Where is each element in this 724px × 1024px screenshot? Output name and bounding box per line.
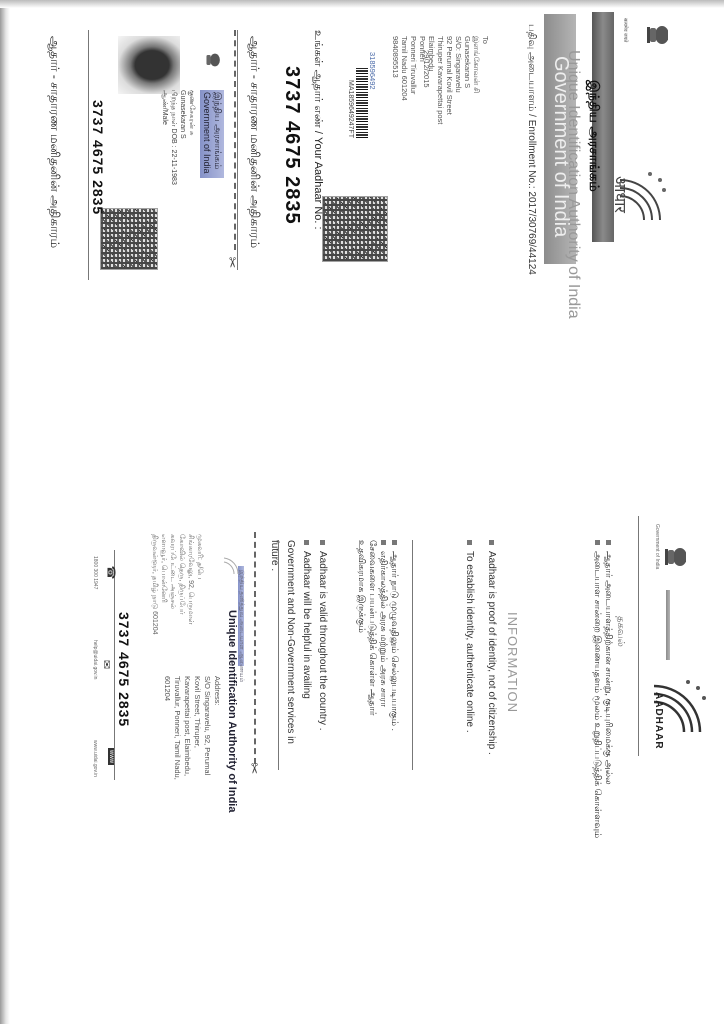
address-line: Thiruper Kavarapettai post: [436, 36, 445, 124]
aadhaar-logo-text: AADHAAR: [653, 692, 664, 750]
bullet-icon: [304, 540, 309, 545]
info-point: ஆதார் நாடு முழுவதிலும் செல்லுபடியாகும் .: [390, 551, 400, 731]
bullet-icon: [392, 540, 397, 545]
photo: [118, 36, 180, 94]
info-point: Aadhaar is valid throughout the country …: [317, 551, 328, 731]
tamil-info-points-2: ஆதார் நாடு முழுவதிலும் செல்லுபடியாகும் .…: [356, 540, 400, 750]
info-bottom-line: [278, 540, 279, 770]
back-card-header: Unique Identification Authority of India: [226, 610, 238, 812]
bullet-icon: [489, 540, 494, 545]
bullet-icon: [606, 540, 611, 545]
card-aadhaar-number: 3737 4675 2835: [90, 100, 106, 215]
info-point: To establish identity, authenticate onli…: [464, 551, 475, 733]
info-point: அடையாள சான்றை இணையதளம் மூலம் உறுதிப்படுத…: [593, 551, 603, 838]
enrollment-label: பதிவு அடையாளம் / Enrollment No.:: [526, 24, 537, 189]
barcode-text: MA1859649247FT: [347, 80, 354, 138]
govt-of-india-title: Government of India: [549, 56, 572, 237]
scissor-icon-2: ✂: [245, 763, 262, 775]
card-emblem-icon: [200, 48, 220, 72]
info-divider-line: [412, 540, 413, 770]
info-band: [666, 590, 670, 660]
card-name: Gunasekaran S: [178, 90, 187, 185]
english-info-points: Aadhaar is proof of identity, not of cit…: [458, 540, 502, 755]
address-to: To: [481, 36, 490, 124]
address-line: Ponneri Tiruvallur: [409, 36, 418, 124]
address-block: To இளங்கோவன் சி Gunasekaran S S/O: Singa…: [391, 36, 490, 124]
address-line: Tamil Nadu 601204: [400, 36, 409, 124]
back-address-english: Address: S/O Singaravelu, 92, Perumal Ko…: [162, 676, 222, 780]
address-line: Kovil Street, Thiruper,: [192, 676, 202, 780]
address-line: S/O: Singaravelu: [454, 36, 463, 124]
card-name-tamil: குணசேகரன் சு: [187, 90, 196, 185]
scissor-icon: ✂: [223, 257, 240, 269]
tamil-info-points: ஆதார் அடையாளத்திற்கான சான்று, குடியுரிமை…: [592, 540, 614, 838]
aadhaar-no-label: உங்கள் ஆதார் எண் / Your Aadhaar No. :: [310, 30, 324, 230]
address-line: 92 Perumal Kovil Street: [445, 36, 454, 124]
address-line: Tiruvallur, Ponneri, Tamil Nadu,: [172, 676, 182, 780]
card-bottom-line: [88, 30, 89, 280]
phone-icon: ☎: [104, 566, 117, 580]
address-line: Gunasekaran S: [463, 36, 472, 124]
info-point: ஆதார் அடையாளத்திற்கான சான்று, குடியுரிமை…: [604, 551, 614, 785]
email-address: help@uidai.gov.in: [92, 640, 98, 679]
enrollment-line: பதிவு அடையாளம் / Enrollment No.: 2017/30…: [525, 24, 537, 275]
address-line: 9840895513: [391, 36, 400, 124]
back-card-header-tamil: இந்திய தனித்துவ அடையாள ஆணையம்: [237, 570, 244, 682]
card-cut-line: [237, 30, 238, 270]
scan-shadow-top: [0, 0, 724, 8]
bullet-icon: [595, 540, 600, 545]
letter-date: 29/12/2015: [422, 50, 431, 88]
cut-dashed-line: [234, 30, 236, 250]
tagline-letter: ஆதார் - சாதாரண மனிதனின் அதிகாரம்: [246, 36, 262, 248]
phone-number: 1800 300 1947: [92, 556, 98, 589]
info-heading-tamil: தகவல்: [614, 616, 626, 647]
address-line: 601204: [162, 676, 172, 780]
card-dob: பிறந்த நாள் DOB : 22-11-1983: [169, 90, 178, 185]
back-aadhaar-number: 3737 4675 2835: [116, 612, 132, 727]
card-details: குணசேகரன் சு Gunasekaran S பிறந்த நாள் D…: [160, 90, 196, 185]
info-govt-caption: Government of India: [654, 524, 660, 569]
english-info-points-2: Aadhaar is valid throughout the country …: [266, 540, 330, 750]
info-point: Aadhaar will be helpful in availing Gove…: [269, 540, 312, 744]
aadhaar-mini-logo-icon: [222, 556, 240, 578]
info-point: Aadhaar is proof of identity, not of cit…: [486, 551, 497, 755]
address-line: Kavarapettai post, Elaimbedu,: [182, 676, 192, 780]
card-govt-of-india: Government of India: [202, 92, 212, 174]
info-point: எதிர்காலத்தில் அரசு மற்றும் அரசு சாரா சே…: [357, 540, 389, 716]
card-tagline: ஆதார் - சாதாரண மனிதனின் அதிகாரம்: [46, 36, 62, 248]
card-tamil-govt: இந்திய அரசாங்கம்: [211, 92, 223, 169]
enrollment-number: 2017/30769/44124: [526, 191, 537, 274]
address-tamil-line: சிங்காரவேலு, 92, பெருமாள்: [186, 534, 195, 635]
address-tamil-line: கவரப்பேட்டை அஞ்சல்: [168, 534, 177, 635]
website: www.uidai.gov.in: [92, 740, 98, 777]
bullet-icon: [320, 540, 325, 545]
qr-code-card: [100, 208, 158, 270]
aadhaar-hindi-logo: आधार: [610, 176, 632, 213]
address-tamil-line: முகவரி: த/பெ: [195, 534, 204, 635]
address-line: S/O Singaravelu, 92, Perumal: [202, 676, 212, 780]
reference-number: 318596492: [368, 52, 377, 90]
back-address-tamil: முகவரி: த/பெ சிங்காரவேலு, 92, பெருமாள் க…: [150, 534, 204, 635]
address-tamil-line: கோவில் தெரு, திருப்பேர்: [177, 534, 186, 635]
tamil-govt-label: இந்திய அரசாங்கம்: [585, 80, 602, 192]
web-badge: www: [108, 748, 114, 765]
bullet-icon: [381, 540, 386, 545]
qr-code-letter: [322, 196, 388, 262]
back-card-line: [114, 550, 115, 780]
email-icon: ✉: [100, 660, 113, 669]
info-emblem-icon: [660, 540, 686, 574]
barcode: [356, 68, 368, 138]
emblem-caption: सत्यमेव जयते: [622, 18, 628, 42]
address-tamil-line: எளாவூர், பொன்னேரி: [159, 534, 168, 635]
scan-shadow-left: [0, 0, 10, 1024]
info-heading: INFORMATION: [505, 612, 520, 713]
address-label: Address:: [212, 676, 222, 780]
ashoka-emblem-icon: [642, 18, 668, 52]
card-gender: ஆண்/Male: [160, 90, 169, 185]
back-card-dashed-line: [254, 532, 256, 764]
aadhaar-number-letter: 3737 4675 2835: [280, 66, 303, 225]
info-top-line: [638, 516, 639, 756]
bullet-icon: [467, 540, 472, 545]
address-line: இளங்கோவன் சி: [472, 36, 481, 124]
address-tamil-line: திருவள்ளூர், தமிழ் நாடு 601204: [150, 534, 159, 635]
